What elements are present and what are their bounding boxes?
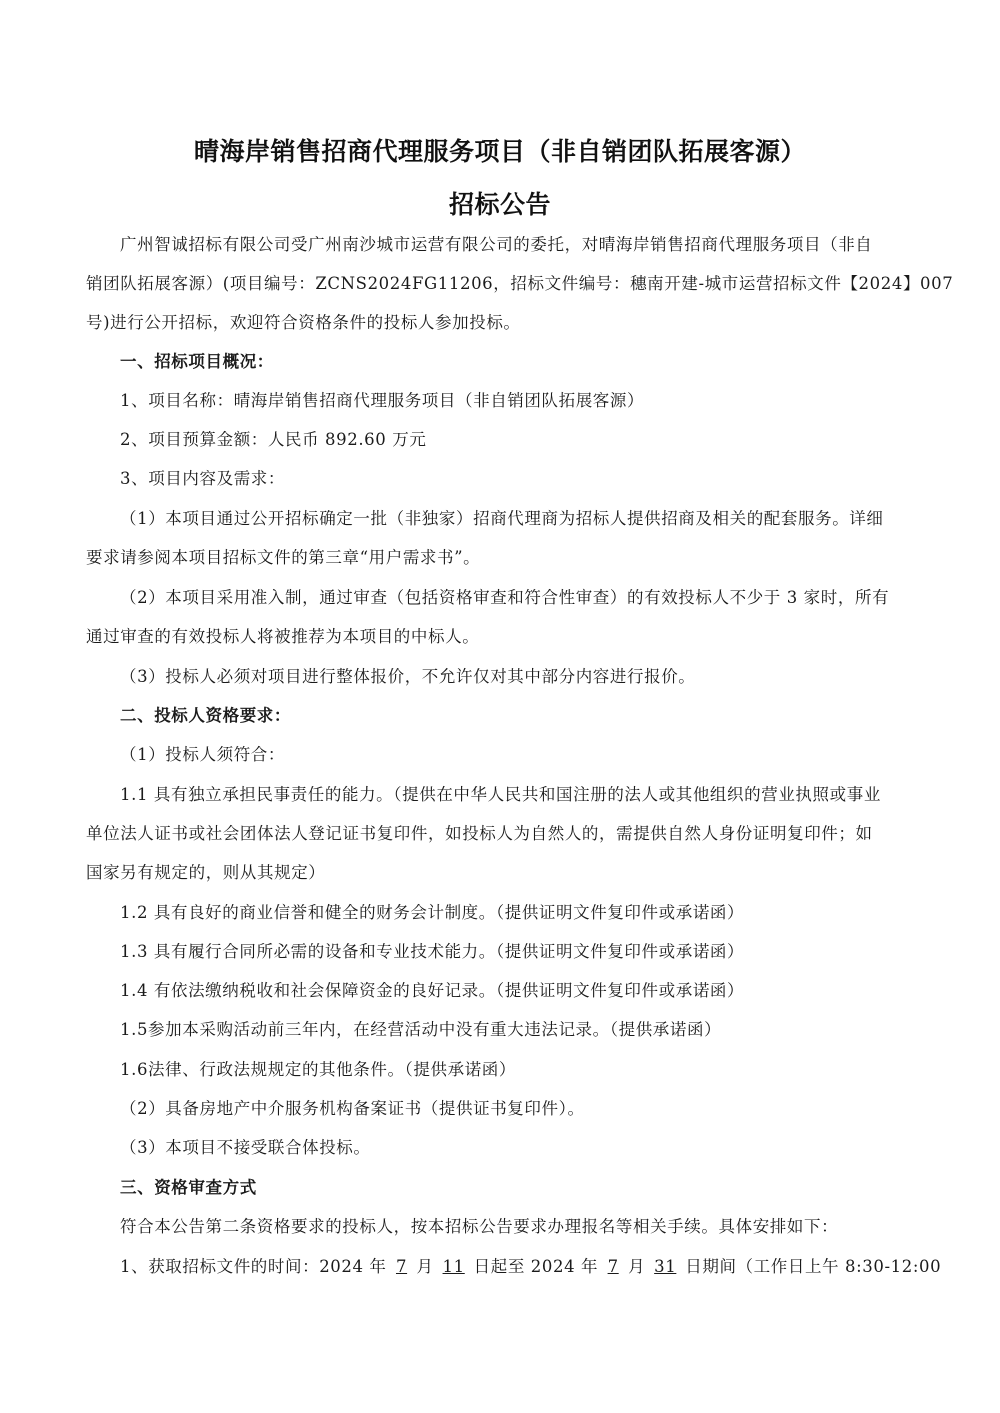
intro-line-2: 销团队拓展客源）(项目编号：ZCNS2024FG11206，招标文件编号：穗南开… [86, 273, 908, 295]
document-subtitle: 招标公告 [0, 185, 1000, 221]
requirement-2-line-2: 通过审查的有效投标人将被推荐为本项目的中标人。 [86, 626, 908, 648]
section1-heading: 一、招标项目概况： [120, 351, 908, 373]
review-intro: 符合本公告第二条资格要求的投标人，按本招标公告要求办理报名等相关手续。具体安排如… [120, 1216, 908, 1238]
time-prefix: 1、获取招标文件的时间：2024 年 [120, 1257, 387, 1276]
qualification-1-1-line-1: 1.1 具有独立承担民事责任的能力。（提供在中华人民共和国注册的法人或其他组织的… [120, 784, 908, 806]
end-month: 7 [598, 1256, 628, 1278]
intro-line-1: 广州智诚招标有限公司受广州南沙城市运营有限公司的委托，对晴海岸销售招商代理服务项… [120, 234, 908, 256]
qualification-1-3: 1.3 具有履行合同所必需的设备和专业技术能力。（提供证明文件复印件或承诺函） [120, 941, 908, 963]
section3-heading: 三、资格审查方式 [120, 1177, 908, 1199]
month-label-2: 月 [628, 1257, 645, 1276]
qualification-p1: （1）投标人须符合： [120, 744, 908, 766]
start-day: 11 [434, 1256, 474, 1278]
qualification-p2: （2）具备房地产中介服务机构备案证书（提供证书复印件）。 [120, 1098, 908, 1120]
end-day: 31 [645, 1256, 685, 1278]
qualification-1-1-line-2: 单位法人证书或社会团体法人登记证书复印件，如投标人为自然人的，需提供自然人身份证… [86, 823, 908, 845]
requirement-3: （3）投标人必须对项目进行整体报价，不允许仅对其中部分内容进行报价。 [120, 666, 908, 688]
qualification-1-4: 1.4 有依法缴纳税收和社会保障资金的良好记录。（提供证明文件复印件或承诺函） [120, 980, 908, 1002]
qualification-1-5: 1.5参加本采购活动前三年内，在经营活动中没有重大违法记录。（提供承诺函） [120, 1019, 908, 1041]
qualification-1-6: 1.6法律、行政法规规定的其他条件。（提供承诺函） [120, 1059, 908, 1081]
qualification-1-1-line-3: 国家另有规定的，则从其规定） [86, 862, 908, 884]
section2-heading: 二、投标人资格要求： [120, 705, 908, 727]
document-title: 晴海岸销售招商代理服务项目（非自销团队拓展客源） [0, 132, 1000, 168]
project-name: 1、项目名称：晴海岸销售招商代理服务项目（非自销团队拓展客源） [120, 390, 908, 412]
project-content-heading: 3、项目内容及需求： [120, 468, 908, 490]
intro-line-3: 号)进行公开招标，欢迎符合资格条件的投标人参加投标。 [86, 312, 908, 334]
requirement-1-line-2: 要求请参阅本项目招标文件的第三章“用户需求书”。 [86, 547, 908, 569]
time-mid: 日起至 2024 年 [474, 1257, 598, 1276]
month-label: 月 [417, 1257, 434, 1276]
time-suffix: 日期间（工作日上午 8:30-12:00 [685, 1257, 941, 1276]
document-page: 晴海岸销售招商代理服务项目（非自销团队拓展客源） 招标公告 广州智诚招标有限公司… [0, 0, 1000, 1413]
project-budget: 2、项目预算金额：人民币 892.60 万元 [120, 429, 908, 451]
requirement-2-line-1: （2）本项目采用准入制，通过审查（包括资格审查和符合性审查）的有效投标人不少于 … [120, 587, 908, 609]
qualification-1-2: 1.2 具有良好的商业信誉和健全的财务会计制度。（提供证明文件复印件或承诺函） [120, 902, 908, 924]
start-month: 7 [387, 1256, 417, 1278]
document-time-line: 1、获取招标文件的时间：2024 年7月11日起至 2024 年7月31日期间（… [120, 1256, 908, 1278]
qualification-p3: （3）本项目不接受联合体投标。 [120, 1137, 908, 1159]
requirement-1-line-1: （1）本项目通过公开招标确定一批（非独家）招商代理商为招标人提供招商及相关的配套… [120, 508, 908, 530]
